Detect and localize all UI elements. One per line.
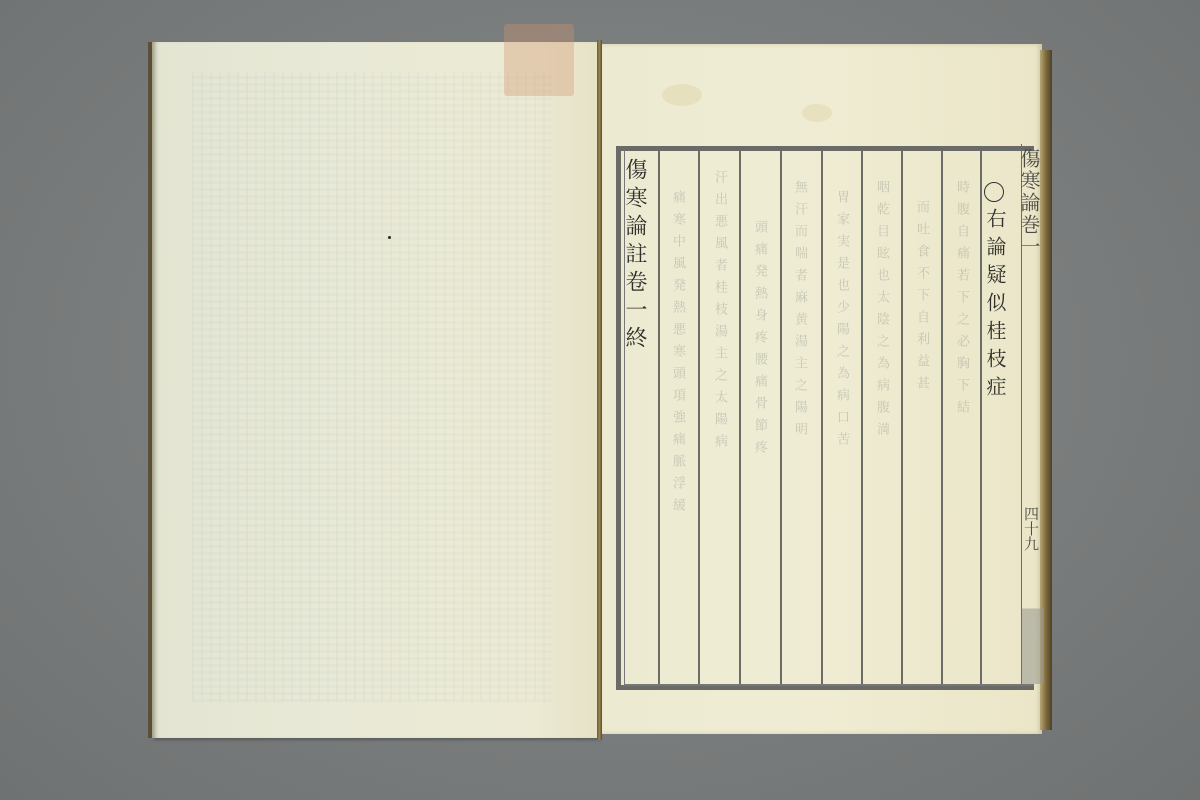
ink-speck (388, 236, 391, 239)
column-rule (821, 150, 823, 684)
bleed-through-text: 痛寒中風発熱悪寒頭項強痛脈浮緩 (668, 190, 686, 670)
open-book: 痛寒中風発熱悪寒頭項強痛脈浮緩 汗出悪風者桂枝湯主之太陽病 頭痛発熱身疼腰痛骨節… (148, 40, 1058, 740)
paper-stain (802, 104, 832, 122)
folio-number: 四十九 (1024, 506, 1042, 551)
circle-mark-icon (984, 182, 1004, 202)
column-rule (861, 150, 863, 684)
volume-end-title: 傷寒論註卷一終 (618, 158, 650, 354)
column-rule (780, 150, 782, 684)
bleed-through-text: 無汗而喘者麻黄湯主之陽明 (790, 180, 808, 670)
bleed-through-text: 咽乾目眩也太陰之為病腹満 (872, 180, 890, 670)
center-column-title: 傷寒論巻一 (1022, 148, 1044, 258)
column-rule (698, 150, 700, 684)
bleed-through-text: 頭痛発熱身疼腰痛骨節疼 (750, 220, 768, 660)
bleed-through-texture (192, 72, 552, 702)
left-page (152, 42, 598, 738)
bleed-through-text: 汗出悪風者桂枝湯主之太陽病 (710, 170, 728, 670)
bleed-through-text: 胃家実是也少陽之為病口苦 (832, 190, 850, 670)
column-rule (941, 150, 943, 684)
bleed-through-text: 而吐食不下自利益甚 (912, 200, 930, 670)
column-rule (739, 150, 741, 684)
commentary-note: 右論疑似桂枝症 (980, 208, 1010, 404)
column-rule (901, 150, 903, 684)
seal-stamp-ghost (504, 24, 574, 96)
bleed-through-text: 時腹自痛若下之必胸下結 (952, 180, 970, 670)
column-rule (658, 150, 660, 684)
paper-stain (662, 84, 702, 106)
